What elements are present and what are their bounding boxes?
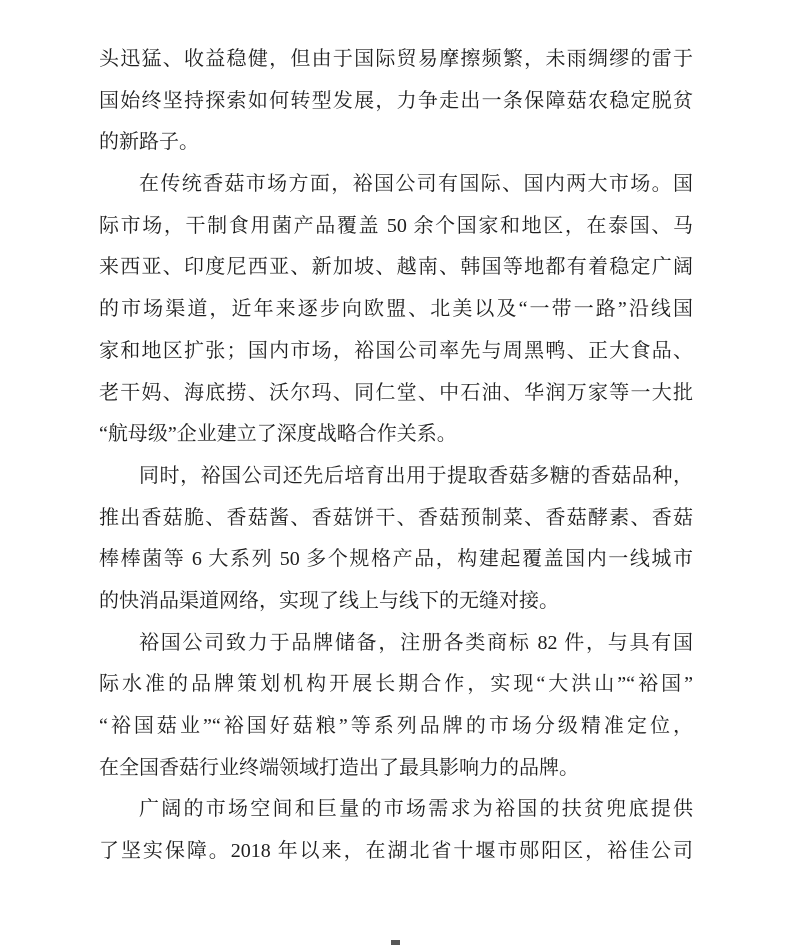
text-line-12: 推出香菇脆、香菇酱、香菇饼干、香菇预制菜、香菇酵素、香菇	[99, 498, 693, 540]
text-line-17: “裕国菇业”“裕国好菇粮”等系列品牌的市场分级精准定位，	[99, 706, 693, 748]
document-text-block: 头迅猛、收益稳健，但由于国际贸易摩擦频繁，未雨绸缪的雷于 国始终坚持探索如何转型…	[99, 39, 693, 873]
text-line-3: 的新路子。	[99, 122, 693, 164]
text-line-13: 棒棒菌等 6 大系列 50 多个规格产品，构建起覆盖国内一线城市	[99, 539, 693, 581]
text-line-11: 同时，裕国公司还先后培育出用于提取香菇多糖的香菇品种，	[99, 456, 693, 498]
text-line-5: 际市场，干制食用菌产品覆盖 50 余个国家和地区，在泰国、马	[99, 206, 693, 248]
text-line-6: 来西亚、印度尼西亚、新加坡、越南、韩国等地都有着稳定广阔	[99, 247, 693, 289]
text-line-14: 的快消品渠道网络，实现了线上与线下的无缝对接。	[99, 581, 693, 623]
text-line-16: 际水准的品牌策划机构开展长期合作，实现“大洪山”“裕国”	[99, 664, 693, 706]
text-line-15: 裕国公司致力于品牌储备，注册各类商标 82 件，与具有国	[99, 623, 693, 665]
text-line-19: 广阔的市场空间和巨量的市场需求为裕国的扶贫兜底提供	[99, 789, 693, 831]
text-line-20: 了坚实保障。2018 年以来，在湖北省十堰市郧阳区，裕佳公司	[99, 831, 693, 873]
text-line-18: 在全国香菇行业终端领域打造出了最具影响力的品牌。	[99, 748, 693, 790]
document-page: 头迅猛、收益稳健，但由于国际贸易摩擦频繁，未雨绸缪的雷于 国始终坚持探索如何转型…	[0, 0, 792, 945]
text-line-2: 国始终坚持探索如何转型发展，力争走出一条保障菇农稳定脱贫	[99, 81, 693, 123]
text-line-8: 家和地区扩张；国内市场，裕国公司率先与周黑鸭、正大食品、	[99, 331, 693, 373]
text-line-4: 在传统香菇市场方面，裕国公司有国际、国内两大市场。国	[99, 164, 693, 206]
text-line-10: “航母级”企业建立了深度战略合作关系。	[99, 414, 693, 456]
text-line-7: 的市场渠道，近年来逐步向欧盟、北美以及“一带一路”沿线国	[99, 289, 693, 331]
text-line-9: 老干妈、海底捞、沃尔玛、同仁堂、中石油、华润万家等一大批	[99, 373, 693, 415]
page-number-mark-partial	[391, 940, 400, 945]
text-line-1: 头迅猛、收益稳健，但由于国际贸易摩擦频繁，未雨绸缪的雷于	[99, 39, 693, 81]
